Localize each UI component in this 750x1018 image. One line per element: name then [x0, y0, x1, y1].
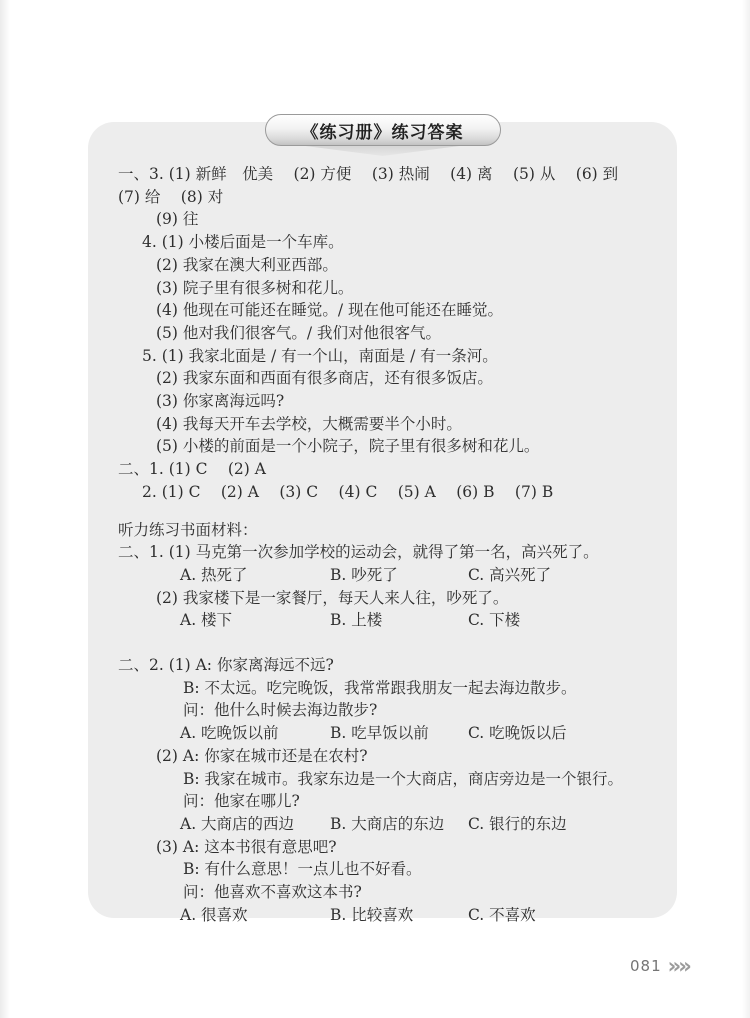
answer-line: 二、1. (1) 马克第一次参加学校的运动会，就得了第一名，高兴死了。 — [118, 541, 653, 564]
page-footer: 081 »» — [630, 957, 689, 975]
badge-pill: 《练习册》练习答案 — [265, 114, 501, 146]
answer-line: B: 不太远。吃完晚饭，我常常跟我朋友一起去海边散步。 — [118, 677, 653, 700]
double-chevron-right-icon: »» — [668, 957, 689, 975]
answer-line: (2) 我家东面和西面有很多商店，还有很多饭店。 — [118, 367, 653, 390]
answer-line: (4) 他现在可能还在睡觉。/ 现在他可能还在睡觉。 — [118, 299, 653, 322]
option-c: C. 高兴死了 — [468, 564, 653, 587]
answer-line: (5) 小楼的前面是一个小院子，院子里有很多树和花儿。 — [118, 435, 653, 458]
option-b: B. 吵死了 — [330, 564, 468, 587]
answer-line: (2) 我家楼下是一家餐厅，每天人来人往，吵死了。 — [118, 587, 653, 610]
option-c: C. 银行的东边 — [468, 813, 653, 836]
answer-line: 问：他什么时候去海边散步? — [118, 699, 653, 722]
answer-line: 问：他家在哪儿? — [118, 790, 653, 813]
option-a: A. 吃晚饭以前 — [180, 722, 330, 745]
option-row: A. 楼下B. 上楼C. 下楼 — [118, 609, 653, 632]
page-title: 《练习册》练习答案 — [302, 118, 464, 143]
page-number: 081 — [630, 957, 662, 975]
option-b: B. 比较喜欢 — [330, 904, 468, 927]
answer-line: 听力练习书面材料： — [118, 519, 653, 542]
answer-line: B: 有什么意思！一点儿也不好看。 — [118, 858, 653, 881]
answer-line: (2) 我家在澳大利亚西部。 — [118, 254, 653, 277]
option-a: A. 楼下 — [180, 609, 330, 632]
option-c: C. 吃晚饭以后 — [468, 722, 653, 745]
option-b: B. 大商店的东边 — [330, 813, 468, 836]
option-c: C. 不喜欢 — [468, 904, 653, 927]
content-rows: 一、3. (1) 新鲜 优美 (2) 方便 (3) 热闹 (4) 离 (5) 从… — [88, 122, 677, 918]
title-badge: 《练习册》练习答案 — [265, 114, 501, 170]
option-b: B. 上楼 — [330, 609, 468, 632]
answer-line: (3) A: 这本书很有意思吧? — [118, 836, 653, 859]
option-b: B. 吃早饭以前 — [330, 722, 468, 745]
answer-key-panel: 《练习册》练习答案 一、3. (1) 新鲜 优美 (2) 方便 (3) 热闹 (… — [88, 122, 677, 918]
answer-line: 4. (1) 小楼后面是一个车库。 — [118, 231, 653, 254]
option-c: C. 下楼 — [468, 609, 653, 632]
answer-line: (9) 往 — [118, 208, 653, 231]
answer-line: (3) 院子里有很多树和花儿。 — [118, 277, 653, 300]
page-edge-shading-left — [0, 0, 10, 1018]
answer-line: 二、2. (1) A: 你家离海远不远? — [118, 654, 653, 677]
answer-line: 二、1. (1) C (2) A — [118, 458, 653, 481]
option-a: A. 很喜欢 — [180, 904, 330, 927]
answer-line: 问：他喜欢不喜欢这本书? — [118, 881, 653, 904]
option-row: A. 吃晚饭以前B. 吃早饭以前C. 吃晚饭以后 — [118, 722, 653, 745]
option-row: A. 热死了B. 吵死了C. 高兴死了 — [118, 564, 653, 587]
option-row: A. 大商店的西边B. 大商店的东边C. 银行的东边 — [118, 813, 653, 836]
answer-line: (4) 我每天开车去学校，大概需要半个小时。 — [118, 413, 653, 436]
option-row: A. 很喜欢B. 比较喜欢C. 不喜欢 — [118, 904, 653, 927]
option-a: A. 热死了 — [180, 564, 330, 587]
spacer — [118, 632, 653, 654]
spacer — [118, 504, 653, 519]
answer-line: 5. (1) 我家北面是 / 有一个山，南面是 / 有一条河。 — [118, 345, 653, 368]
answer-line: (2) A: 你家在城市还是在农村? — [118, 745, 653, 768]
option-a: A. 大商店的西边 — [180, 813, 330, 836]
answer-line: (3) 你家离海远吗? — [118, 390, 653, 413]
answer-line: (5) 他对我们很客气。/ 我们对他很客气。 — [118, 322, 653, 345]
answer-line: 2. (1) C (2) A (3) C (4) C (5) A (6) B (… — [118, 481, 653, 504]
page-edge-shading-right — [742, 0, 750, 1018]
answer-line: B: 我家在城市。我家东边是一个大商店，商店旁边是一个银行。 — [118, 768, 653, 791]
